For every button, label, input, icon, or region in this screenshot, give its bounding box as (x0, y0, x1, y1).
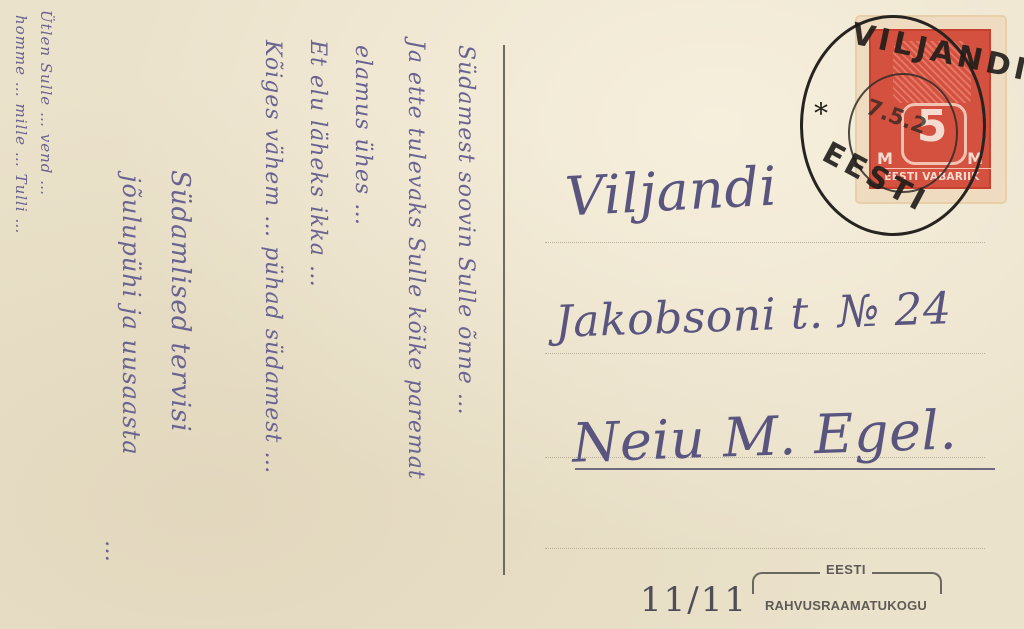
stamp-smith-figure-icon (893, 41, 971, 103)
stamp-value: 5 (871, 101, 993, 152)
library-stamp: EESTI RAHVUSRAAMATUKOGU (748, 560, 944, 620)
message-line: jõulupühi ja uusaasta (117, 175, 145, 456)
archive-number: 11/11 (640, 580, 748, 620)
message-line: Südamest soovin Sulle õnne … (453, 45, 478, 416)
address-city: Viljandi (563, 154, 778, 228)
address-line-2 (545, 353, 985, 354)
message-signature: Südamlised tervisi (165, 170, 195, 433)
stamp-currency-left: M (877, 149, 893, 168)
address-street: Jakobsoni t. № 24 (554, 283, 952, 348)
message-line: homme … mille … Tulli … (12, 15, 30, 234)
message-line: Ja ette tulevaks Sulle kõike paremat (403, 40, 428, 480)
postcard-back: Südamest soovin Sulle õnne … Ja ette tul… (0, 0, 1024, 629)
library-stamp-bottom: RAHVUSRAAMATUKOGU (748, 598, 944, 613)
address-recipient: Neiu M. Egel. (571, 398, 958, 474)
message-line: Et elu läheks ikka … (305, 40, 330, 288)
center-divider (503, 45, 505, 575)
stamp-design: 5 M M EESTI VABARIIK (869, 29, 991, 189)
stamp-country: EESTI VABARIIK (873, 168, 991, 183)
star-icon: * (814, 97, 828, 130)
address-line-1 (545, 242, 985, 243)
address-line-4 (545, 548, 985, 549)
library-stamp-top: EESTI (820, 562, 872, 577)
stamp-currency-right: M (967, 149, 983, 168)
message-line: Ütlen Sulle … vend … (37, 10, 55, 196)
message-line: … (100, 540, 125, 563)
message-line: elamus ühes … (350, 45, 375, 226)
message-line: Kõiges vähem … pühad südamest … (260, 40, 285, 474)
postage-stamp: 5 M M EESTI VABARIIK (857, 17, 1005, 202)
